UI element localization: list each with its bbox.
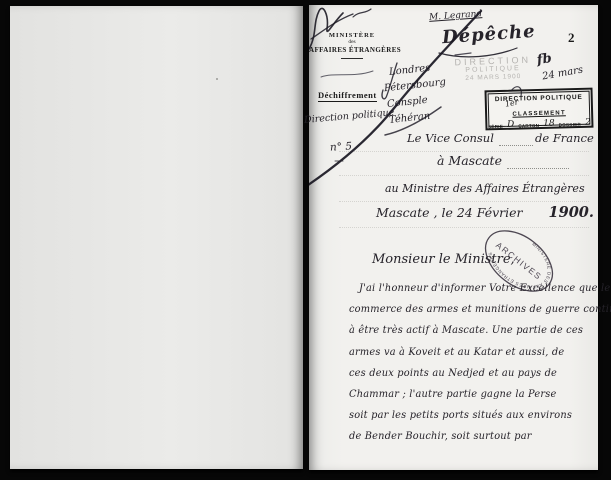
body-line: J'ai l'honneur d'informer Votre Excellen… — [359, 278, 611, 299]
margin-service-note: Direction politique — [304, 107, 395, 126]
sender-place: à Mascate — [437, 153, 502, 168]
dateline-year: 1900. — [549, 204, 594, 221]
scanned-document: MINISTÈRE des AFFAIRES ÉTRANGÈRES Déchif… — [0, 0, 611, 480]
date-annotation: 24 mars — [541, 65, 584, 83]
dash-mark — [455, 53, 471, 55]
body-line: commerce des armes et munitions de guerr… — [349, 299, 611, 320]
body-line: armes va à Koveit et au Katar et aussi, … — [349, 342, 611, 363]
carton-value: 18 — [543, 119, 555, 129]
dateline: Mascate , le 24 Février1900. — [376, 204, 594, 221]
dotted-fill-line — [499, 145, 533, 146]
dechiffrement-label: Déchiffrement — [318, 90, 377, 102]
sender-line: Le Vice Consul — [407, 131, 494, 145]
classification-stamp: DIRECTION POLITIQUE 1er CLASSEMENT SÉRIE… — [484, 88, 593, 131]
blank-left-page — [10, 6, 303, 469]
initials-annotation: fb — [536, 51, 553, 68]
faint-rule — [339, 227, 589, 228]
paper-speck — [216, 78, 218, 80]
letterhead-line3: AFFAIRES ÉTRANGÈRES — [309, 46, 395, 54]
dispatch-page: MINISTÈRE des AFFAIRES ÉTRANGÈRES Déchif… — [309, 5, 598, 470]
sender-country: de France — [535, 131, 594, 145]
faint-rule — [339, 201, 589, 202]
faint-rule — [339, 151, 589, 152]
distribution-list: Londres Pétersbourg Consple Téhéran — [389, 62, 446, 126]
body-line: de Bender Bouchir, soit surtout par — [349, 426, 611, 447]
classification-subtitle: CLASSEMENT — [512, 110, 565, 117]
document-type-heading: Dépêche — [441, 21, 536, 48]
addressee-annotation: M. Legrand — [429, 9, 483, 23]
body-line: Chammar ; l'autre partie gagne la Perse — [349, 384, 611, 405]
serie-value: D — [507, 120, 514, 130]
recipient-line: au Ministre des Affaires Étrangères — [385, 182, 585, 195]
letterhead-scribble — [321, 71, 373, 77]
dossier-label: DOSSIER — [559, 122, 581, 128]
salutation: Monsieur le Ministre, — [372, 252, 515, 267]
classification-handwritten-note: 1er — [504, 98, 519, 109]
letterhead-line1: MINISTÈRE — [309, 32, 395, 39]
classification-stamp-inner: DIRECTION POLITIQUE 1er CLASSEMENT SÉRIE… — [488, 91, 591, 128]
margin-dispatch-number: n° 5 — [330, 140, 353, 153]
letterhead-rule — [341, 58, 363, 59]
faint-rule — [339, 175, 589, 176]
body-line: soit par les petits ports situés aux env… — [349, 405, 611, 426]
letterhead-line2: des — [309, 39, 395, 45]
ministry-letterhead: MINISTÈRE des AFFAIRES ÉTRANGÈRES — [309, 32, 395, 59]
page-number: 2 — [568, 30, 575, 46]
body-line: à être très actif à Mascate. Une partie … — [349, 320, 611, 341]
dotted-fill-line — [507, 168, 569, 169]
dossier-value: 2 — [585, 118, 591, 128]
receipt-stamp: DIRECTION POLITIQUE 24 MARS 1900 — [442, 54, 545, 83]
body-line: ces deux points au Nedjed et au pays de — [349, 363, 611, 384]
corner-tick-mark — [353, 9, 371, 17]
serie-label: SÉRIE — [488, 124, 503, 129]
letter-body: J'ai l'honneur d'informer Votre Excellen… — [349, 278, 611, 448]
carton-label: CARTON — [518, 123, 539, 129]
